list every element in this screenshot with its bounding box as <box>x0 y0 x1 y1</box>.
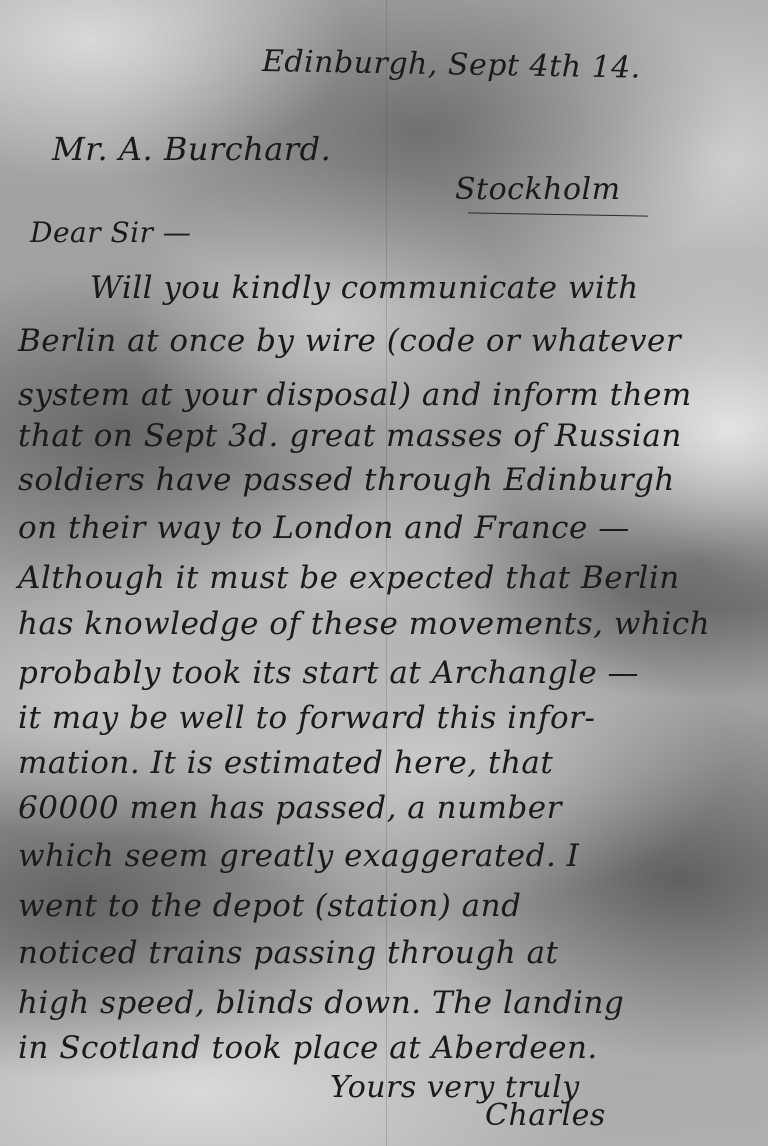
letter-body-line: Will you kindly communicate with <box>90 270 639 306</box>
letter-body-line: in Scotland took place at Aberdeen. <box>18 1030 598 1066</box>
letter-body-line: went to the depot (station) and <box>18 888 521 924</box>
letter-body-line: mation. It is estimated here, that <box>18 745 553 781</box>
letter-body-line: on their way to London and France — <box>18 510 630 546</box>
letter-body-line: has knowledge of these movements, which <box>18 606 710 642</box>
letter-body-line: 60000 men has passed, a number <box>18 790 562 826</box>
letter-body-line: soldiers have passed through Edinburgh <box>18 462 675 498</box>
letter-page: Edinburgh, Sept 4th 14. Mr. A. Burchard.… <box>0 0 768 1146</box>
letter-body-line: Although it must be expected that Berlin <box>18 560 680 596</box>
letter-place-date: Edinburgh, Sept 4th 14. <box>262 44 641 86</box>
letter-body-line: noticed trains passing through at <box>18 935 559 971</box>
letter-body-line: high speed, blinds down. The landing <box>18 985 624 1021</box>
letter-signature: Charles <box>485 1098 606 1133</box>
letter-body-line: which seem greatly exaggerated. I <box>18 838 579 874</box>
letter-salutation: Dear Sir — <box>30 216 191 249</box>
city-underline <box>468 212 648 216</box>
letter-body-line: it may be well to forward this infor- <box>18 700 595 736</box>
letter-recipient: Mr. A. Burchard. <box>52 130 331 168</box>
letter-body-line: probably took its start at Archangle — <box>18 655 639 691</box>
letter-body-line: system at your disposal) and inform them <box>18 377 692 413</box>
letter-body-line: that on Sept 3d. great masses of Russian <box>18 418 682 454</box>
letter-body-line: Berlin at once by wire (code or whatever <box>18 323 681 359</box>
letter-recipient-city: Stockholm <box>455 172 621 207</box>
